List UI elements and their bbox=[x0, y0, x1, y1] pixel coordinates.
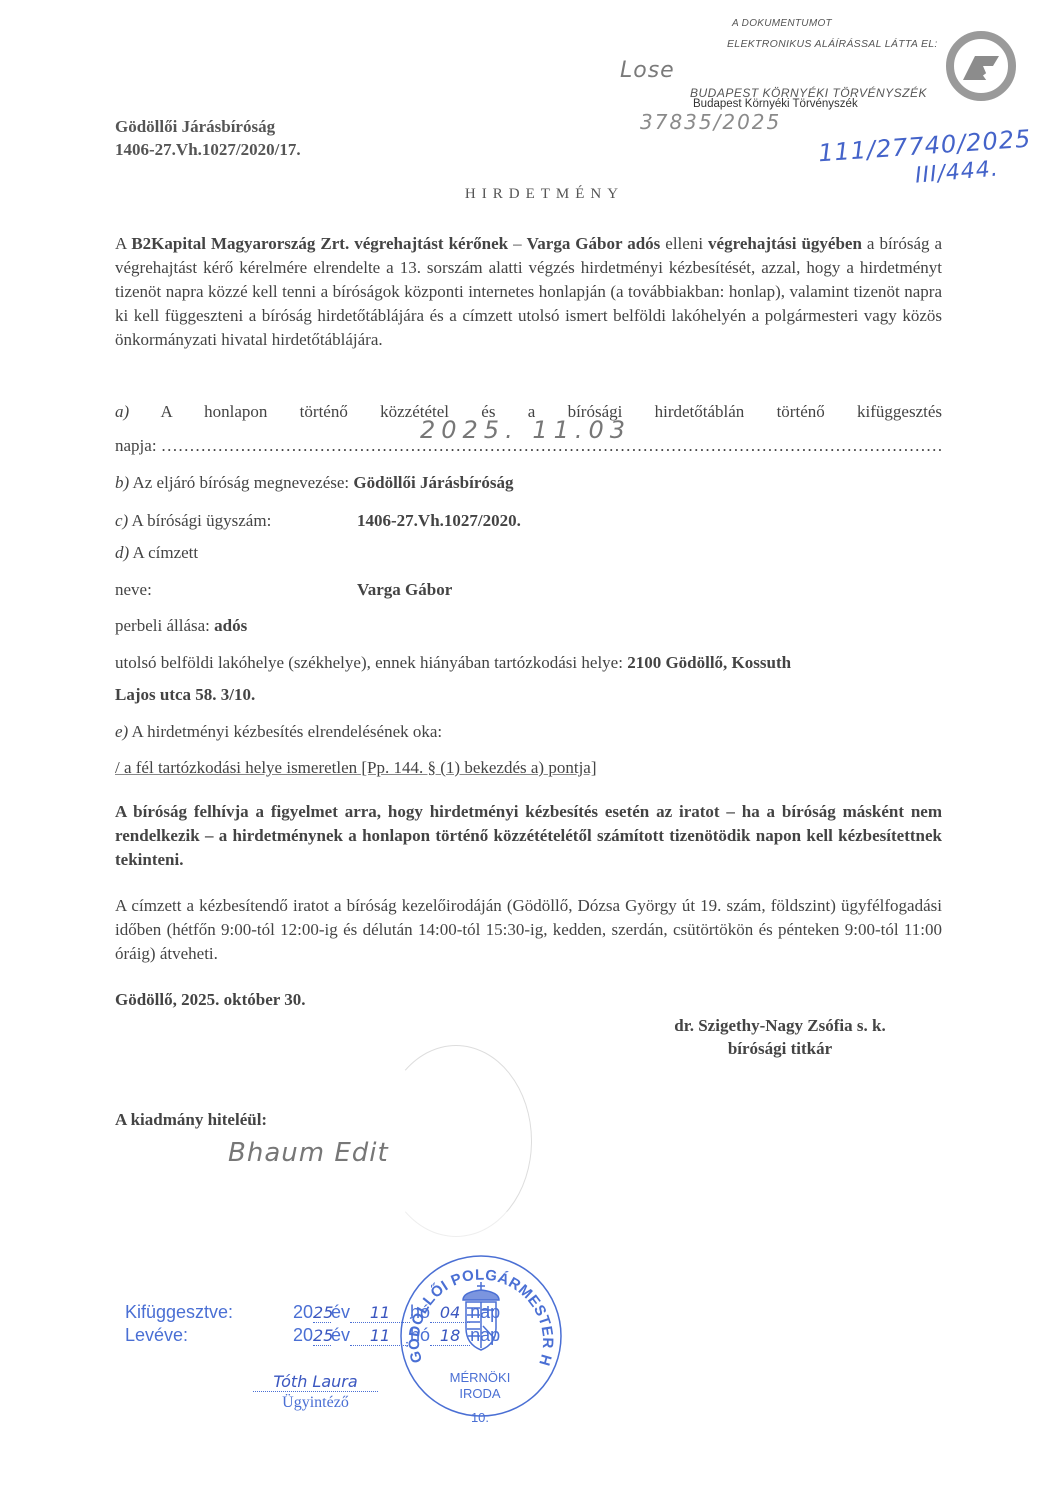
faint-seal-impression bbox=[380, 1045, 532, 1237]
posted-year: 25 bbox=[313, 1303, 331, 1323]
intro-paragraph: A B2Kapital Magyarország Zrt. végrehajtá… bbox=[115, 232, 942, 352]
case-number: 1406-27.Vh.1027/2020/17. bbox=[115, 140, 301, 160]
handwritten-registry-number: 37835/2025 bbox=[640, 110, 781, 134]
item-marker: a) bbox=[115, 402, 129, 421]
item-marker: c) bbox=[115, 511, 128, 530]
esignature-caption-2: ELEKTRONIKUS ALÁÍRÁSSAL LÁTTA EL: bbox=[727, 38, 938, 50]
place-date: Gödöllő, 2025. október 30. bbox=[115, 988, 305, 1012]
recipient-name-label: neve: bbox=[115, 578, 152, 602]
court-name: Gödöllői Járásbíróság bbox=[115, 117, 275, 137]
century: 20 bbox=[293, 1302, 313, 1322]
stamp-dept-line-2: IRODA bbox=[430, 1386, 530, 1402]
signer-title: bírósági titkár bbox=[630, 1037, 930, 1061]
item-marker: d) bbox=[115, 543, 129, 562]
century: 20 bbox=[293, 1325, 313, 1345]
intro-dash: – bbox=[508, 234, 526, 253]
hungarian-coat-of-arms-icon bbox=[463, 1282, 499, 1350]
recipient-role: perbeli állása: adós bbox=[115, 614, 247, 638]
year-suffix: év bbox=[331, 1325, 350, 1345]
removed-label: Levéve: bbox=[125, 1325, 293, 1346]
clerk-label: Ügyintéző bbox=[253, 1394, 378, 1412]
stamp-dept-line-1: MÉRNÖKI bbox=[430, 1370, 530, 1386]
item-d-text: A címzett bbox=[129, 543, 198, 562]
intro-text: elleni bbox=[660, 234, 708, 253]
esignature-caption-1: A DOKUMENTUMOT bbox=[732, 18, 832, 29]
notice-paragraph: A bíróság felhívja a figyelmet arra, hog… bbox=[115, 800, 942, 872]
debtor-name: Varga Gábor adós bbox=[527, 234, 661, 253]
item-marker: e) bbox=[115, 722, 128, 741]
handwritten-initials: Lose bbox=[620, 58, 675, 83]
posted-label: Kifüggesztve: bbox=[125, 1302, 293, 1323]
date-label: napja: bbox=[115, 436, 161, 455]
stamp-number: 10. bbox=[430, 1410, 530, 1425]
item-e: e) A hirdetményi kézbesítés elrendelésén… bbox=[115, 720, 442, 744]
removed-year: 25 bbox=[313, 1326, 331, 1346]
item-c: c) A bírósági ügyszám: bbox=[115, 509, 271, 533]
document-title: HIRDETMÉNY bbox=[0, 186, 1059, 203]
intro-text: A bbox=[115, 234, 131, 253]
certifier-signature: Bhaum Edit bbox=[228, 1138, 389, 1168]
recipient-address: utolsó belföldi lakóhelye (székhelye), e… bbox=[115, 651, 945, 675]
item-b: b) Az eljáró bíróság megnevezése: Gödöll… bbox=[115, 471, 514, 495]
case-kind: végrehajtási ügyében bbox=[708, 234, 862, 253]
esignature-court: Budapest Környéki Törvényszék bbox=[693, 98, 858, 110]
item-c-text: A bírósági ügyszám: bbox=[128, 511, 271, 530]
court-case-number: 1406-27.Vh.1027/2020. bbox=[357, 509, 521, 533]
handwritten-filing-subnumber: III/444. bbox=[914, 156, 1000, 188]
signer-name: dr. Szigethy-Nagy Zsófia s. k. bbox=[630, 1014, 930, 1038]
court-logo-icon bbox=[945, 30, 1017, 102]
certified-copy-label: A kiadmány hiteléül: bbox=[115, 1108, 267, 1132]
recipient-name: Varga Gábor bbox=[357, 578, 452, 602]
item-d: d) A címzett bbox=[115, 541, 198, 565]
item-b-text: Az eljáró bíróság megnevezése: bbox=[129, 473, 353, 492]
year-suffix: év bbox=[331, 1302, 350, 1322]
handwritten-filing-number: 111/27740/2025 bbox=[817, 125, 1032, 168]
creditor-name: B2Kapital Magyarország Zrt. végrehajtást… bbox=[131, 234, 508, 253]
recipient-address-cont: Lajos utca 58. 3/10. bbox=[115, 683, 255, 707]
clerk-signature: Tóth Laura bbox=[253, 1372, 378, 1392]
address-value: 2100 Gödöllő, Kossuth bbox=[627, 653, 791, 672]
item-e-text: A hirdetményi kézbesítés elrendelésének … bbox=[128, 722, 442, 741]
address-label: utolsó belföldi lakóhelye (székhelye), e… bbox=[115, 653, 627, 672]
role-value: adós bbox=[214, 616, 247, 635]
acting-court: Gödöllői Járásbíróság bbox=[353, 473, 513, 492]
item-marker: b) bbox=[115, 473, 129, 492]
service-reason: / a fél tartózkodási helye ismeretlen [P… bbox=[115, 756, 597, 780]
stamp-department: MÉRNÖKIIRODA bbox=[430, 1370, 530, 1402]
handwritten-posting-date: 2025. 11.03 bbox=[420, 416, 631, 444]
office-info-paragraph: A címzett a kézbesítendő iratot a bírósá… bbox=[115, 894, 942, 966]
role-label: perbeli állása: bbox=[115, 616, 214, 635]
